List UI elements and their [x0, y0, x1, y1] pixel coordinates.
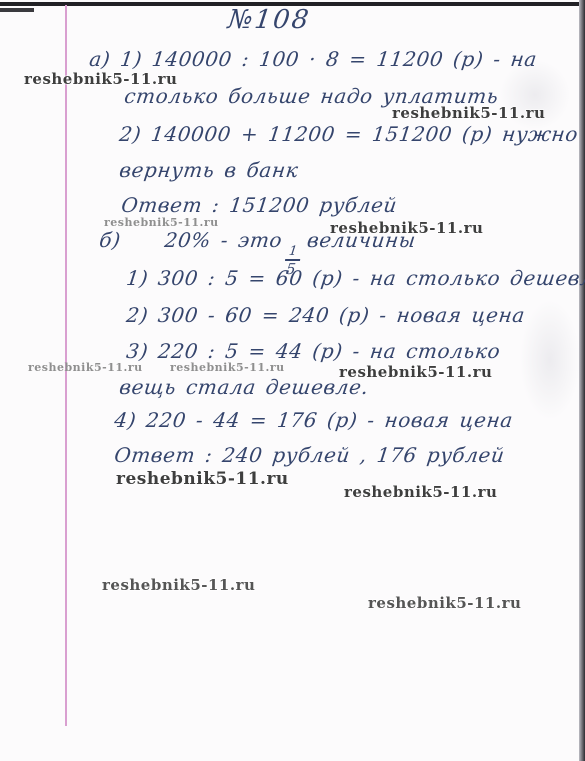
scan-top-left-edge — [0, 8, 34, 12]
solution-line-b3: 3) 220 : 5 = 44 (р) - на столько — [125, 339, 502, 363]
watermark: reshebnik5-11.ru — [28, 361, 143, 374]
watermark: reshebnik5-11.ru — [170, 361, 285, 374]
solution-line-b4: 4) 220 - 44 = 176 (р) - новая цена — [113, 408, 514, 432]
watermark: reshebnik5-11.ru — [339, 363, 492, 381]
notebook-scan-page: №108 а) 1) 140000 : 100 · 8 = 11200 (р) … — [0, 0, 585, 761]
watermark: reshebnik5-11.ru — [368, 594, 521, 612]
answer-part-a: Ответ : 151200 рублей — [120, 193, 399, 217]
fraction-numerator: 1 — [285, 245, 302, 261]
solution-line-b2: 2) 300 - 60 = 240 (р) - новая цена — [125, 303, 526, 327]
solution-line-b3-cont: вещь стала дешевле. — [118, 375, 370, 399]
watermark: reshebnik5-11.ru — [104, 216, 219, 229]
watermark: reshebnik5-11.ru — [102, 576, 255, 594]
scan-smudge — [520, 300, 580, 420]
solution-line-a1: а) 1) 140000 : 100 · 8 = 11200 (р) - на — [88, 47, 539, 71]
watermark: reshebnik5-11.ru — [330, 219, 483, 237]
solution-line-a2-cont: вернуть в банк — [118, 158, 300, 182]
scan-right-edge — [579, 0, 585, 761]
answer-part-b: Ответ : 240 рублей , 176 рублей — [113, 443, 506, 467]
watermark: reshebnik5-11.ru — [24, 70, 177, 88]
watermark: reshebnik5-11.ru — [392, 104, 545, 122]
watermark: reshebnik5-11.ru — [344, 483, 497, 501]
part-b-intro-text: 20% - это — [163, 228, 283, 252]
problem-number: №108 — [226, 5, 312, 36]
part-b-label: б) — [98, 228, 122, 252]
solution-line-b1: 1) 300 : 5 = 60 (р) - на столько дешевле — [125, 266, 585, 290]
solution-line-a2: 2) 140000 + 11200 = 151200 (р) нужно — [118, 122, 580, 146]
watermark: reshebnik5-11.ru — [116, 469, 289, 489]
